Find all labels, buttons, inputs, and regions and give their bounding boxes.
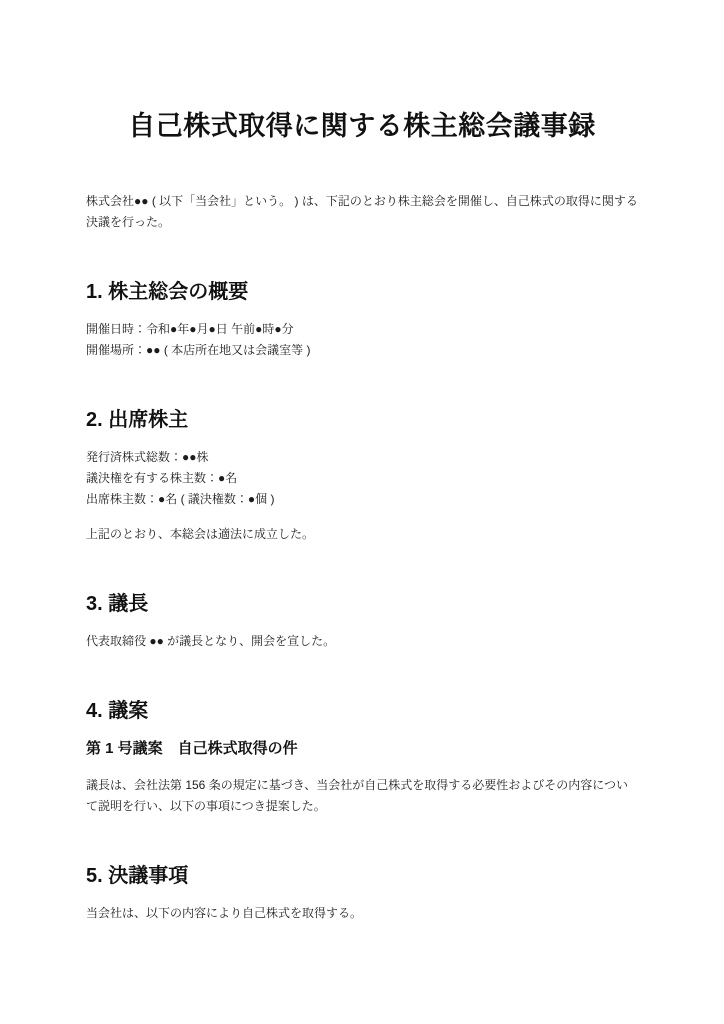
- section-1-heading: 1. 株主総会の概要: [86, 281, 638, 303]
- section-attending-shareholders: 2. 出席株主 発行済株式総数：●●株 議決権を有する株主数：●名 出席株主数：…: [86, 409, 638, 545]
- resolution-line: 当会社は、以下の内容により自己株式を取得する。: [86, 903, 638, 924]
- section-3-heading: 3. 議長: [86, 593, 638, 615]
- section-5-heading: 5. 決議事項: [86, 865, 638, 887]
- agenda-item-1-description: 議長は、会社法第 156 条の規定に基づき、当会社が自己株式を取得する必要性およ…: [86, 775, 638, 817]
- section-resolutions: 5. 決議事項 当会社は、以下の内容により自己株式を取得する。: [86, 865, 638, 924]
- section-agenda: 4. 議案 第 1 号議案 自己株式取得の件 議長は、会社法第 156 条の規定…: [86, 700, 638, 817]
- section-5-body: 当会社は、以下の内容により自己株式を取得する。: [86, 903, 638, 924]
- section-chairperson: 3. 議長 代表取締役 ●● が議長となり、開会を宣した。: [86, 593, 638, 652]
- chairperson-line: 代表取締役 ●● が議長となり、開会を宣した。: [86, 631, 638, 652]
- issued-shares-line: 発行済株式総数：●●株: [86, 447, 638, 468]
- document-page: 自己株式取得に関する株主総会議事録 株式会社●● ( 以下「当会社」という。 )…: [0, 0, 724, 1024]
- section-2-heading: 2. 出席株主: [86, 409, 638, 431]
- intro-paragraph: 株式会社●● ( 以下「当会社」という。 ) は、下記のとおり株主総会を開催し、…: [86, 191, 638, 233]
- quorum-note: 上記のとおり、本総会は適法に成立した。: [86, 524, 638, 545]
- agenda-item-1-subheading: 第 1 号議案 自己株式取得の件: [86, 738, 638, 759]
- voting-shareholders-line: 議決権を有する株主数：●名: [86, 468, 638, 489]
- section-4-heading: 4. 議案: [86, 700, 638, 722]
- section-1-body: 開催日時：令和●年●月●日 午前●時●分 開催場所：●● ( 本店所在地又は会議…: [86, 319, 638, 361]
- meeting-datetime-line: 開催日時：令和●年●月●日 午前●時●分: [86, 319, 638, 340]
- section-2-body: 発行済株式総数：●●株 議決権を有する株主数：●名 出席株主数：●名 ( 議決権…: [86, 447, 638, 510]
- meeting-location-line: 開催場所：●● ( 本店所在地又は会議室等 ): [86, 340, 638, 361]
- document-title: 自己株式取得に関する株主総会議事録: [86, 0, 638, 144]
- attendees-line: 出席株主数：●名 ( 議決権数：●個 ): [86, 489, 638, 510]
- section-meeting-overview: 1. 株主総会の概要 開催日時：令和●年●月●日 午前●時●分 開催場所：●● …: [86, 281, 638, 361]
- section-3-body: 代表取締役 ●● が議長となり、開会を宣した。: [86, 631, 638, 652]
